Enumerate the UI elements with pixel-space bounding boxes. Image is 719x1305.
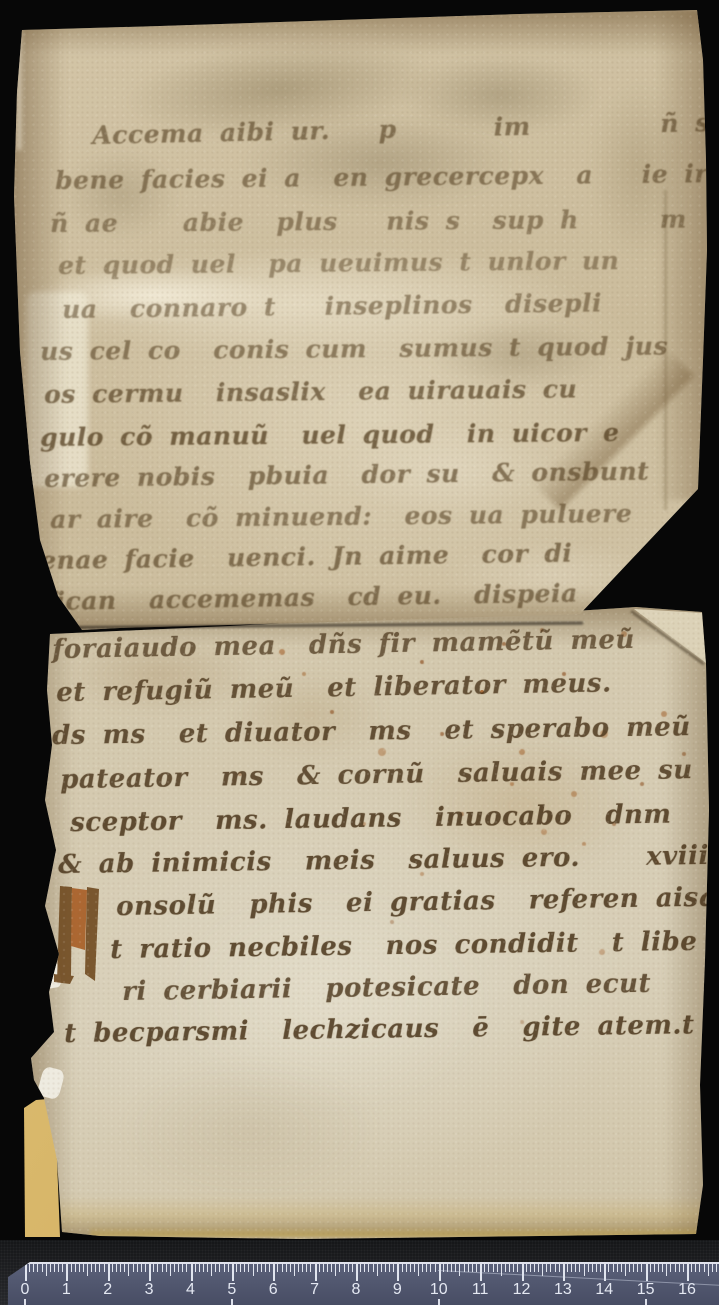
ruler-tick bbox=[352, 1264, 353, 1272]
ruler-bottom-tick bbox=[645, 1299, 647, 1305]
ruler-tick bbox=[699, 1264, 700, 1272]
manuscript-line: erere nobis pbuia dor su & onsbunt bbox=[44, 458, 649, 493]
ruler-tick bbox=[662, 1264, 663, 1272]
ruler-tick bbox=[29, 1264, 30, 1272]
ruler-tick bbox=[157, 1264, 158, 1272]
ruler-tick bbox=[228, 1264, 229, 1272]
initial-letter-N bbox=[54, 884, 106, 984]
ruler-tick bbox=[290, 1264, 291, 1272]
ruler-tick bbox=[286, 1264, 287, 1272]
stain bbox=[340, 420, 560, 520]
ruler-tick bbox=[418, 1264, 419, 1276]
crease-line bbox=[664, 190, 667, 510]
ruler-tick bbox=[215, 1264, 216, 1272]
ruler-tick bbox=[567, 1264, 568, 1272]
ruler-tick bbox=[112, 1264, 113, 1272]
abraded-patch bbox=[18, 250, 578, 355]
ruler-tick bbox=[124, 1264, 125, 1272]
repair-strip bbox=[26, 292, 88, 487]
ruler-tick bbox=[704, 1264, 705, 1272]
manuscript-line: os cermu insaslix ea uirauais cu bbox=[44, 375, 577, 408]
edge-highlight bbox=[16, 30, 22, 150]
ruler-tick bbox=[459, 1264, 460, 1276]
ruler-tick bbox=[162, 1264, 163, 1272]
ruler-tick bbox=[406, 1264, 407, 1272]
ruler-tick bbox=[310, 1264, 311, 1272]
edge-glow bbox=[90, 1226, 700, 1237]
edge-shading bbox=[664, 620, 712, 1240]
ruler-tick bbox=[439, 1264, 441, 1281]
ruler-tick bbox=[550, 1264, 551, 1272]
ruler-tick bbox=[592, 1264, 593, 1272]
ruler-tick bbox=[66, 1264, 68, 1281]
ruler-tick bbox=[232, 1264, 234, 1281]
ruler-tick bbox=[248, 1264, 249, 1272]
ruler-tick bbox=[195, 1264, 196, 1272]
ruler-tick bbox=[687, 1264, 689, 1281]
ruler-tick bbox=[563, 1264, 565, 1281]
ruler-tick bbox=[137, 1264, 138, 1272]
ruler-tick bbox=[224, 1264, 225, 1272]
ruler-tick bbox=[414, 1264, 415, 1272]
ruler-number: 10 bbox=[426, 1282, 452, 1298]
ruler-tick bbox=[377, 1264, 378, 1276]
ruler-tick bbox=[621, 1264, 622, 1272]
stain bbox=[240, 115, 520, 210]
ruler-tick bbox=[294, 1264, 295, 1276]
stain bbox=[440, 540, 660, 610]
ruler-tick bbox=[79, 1264, 80, 1272]
ruler-tick bbox=[617, 1264, 618, 1272]
ruler-tick bbox=[219, 1264, 220, 1272]
ruler-tick bbox=[410, 1264, 411, 1272]
ruler-tick bbox=[555, 1264, 556, 1272]
ruler-tick bbox=[426, 1264, 427, 1272]
ruler-tick bbox=[670, 1264, 671, 1272]
ruler-tick bbox=[695, 1264, 696, 1272]
stain bbox=[230, 670, 390, 760]
ruler-tick bbox=[493, 1264, 494, 1272]
ruler-number: 0 bbox=[12, 1282, 38, 1298]
manuscript-line: onsolũ phis ei gratias referen aisqd bbox=[116, 883, 719, 921]
ruler-tick bbox=[422, 1264, 423, 1272]
ruler-number: 12 bbox=[509, 1282, 535, 1298]
ruler-tick bbox=[691, 1264, 692, 1272]
ruler-tick bbox=[265, 1264, 266, 1272]
ruler-tick bbox=[83, 1264, 84, 1272]
ruler-tick bbox=[571, 1264, 572, 1272]
ruler-tick bbox=[389, 1264, 390, 1272]
ruler-tick bbox=[476, 1264, 477, 1272]
ruler-tick bbox=[331, 1264, 332, 1272]
ruler-tick bbox=[46, 1264, 47, 1276]
manuscript-line: pateator ms & cornũ saluais mee su bbox=[60, 756, 693, 795]
ruler-number: 8 bbox=[343, 1282, 369, 1298]
manuscript-line: us cel co conis cum sumus t quod jus bbox=[40, 333, 668, 366]
ruler-bottom-tick bbox=[24, 1299, 26, 1305]
manuscript-line: gulo cõ manuũ uel quod in uicor e bbox=[40, 419, 620, 452]
ruler: 012345678910111213141516 bbox=[8, 1262, 719, 1305]
ruler-tick bbox=[625, 1264, 626, 1276]
ruler-tick bbox=[716, 1264, 717, 1272]
ruler-tick bbox=[629, 1264, 630, 1272]
abraded-patch bbox=[30, 268, 280, 323]
ruler-tick bbox=[344, 1264, 345, 1272]
ruler-tick bbox=[360, 1264, 361, 1272]
ruler-tick bbox=[588, 1264, 589, 1272]
ruler-tick bbox=[273, 1264, 275, 1281]
stain bbox=[400, 55, 600, 135]
ruler-number: 5 bbox=[219, 1282, 245, 1298]
ruler-tick bbox=[257, 1264, 258, 1272]
ruler-tick bbox=[174, 1264, 175, 1272]
ruler-tick bbox=[402, 1264, 403, 1272]
ruler-tick bbox=[25, 1264, 27, 1281]
ruler-tick bbox=[542, 1264, 543, 1276]
ruler-number: 2 bbox=[95, 1282, 121, 1298]
ruler-tick bbox=[513, 1264, 514, 1272]
ruler-tick bbox=[364, 1264, 365, 1272]
ruler-tick bbox=[58, 1264, 59, 1272]
ruler-tick bbox=[104, 1264, 105, 1272]
ruler-tick bbox=[546, 1264, 547, 1272]
ruler-number: 13 bbox=[550, 1282, 576, 1298]
ruler-tick bbox=[658, 1264, 659, 1272]
ruler-tick bbox=[199, 1264, 200, 1272]
ruler-tick bbox=[600, 1264, 601, 1272]
manuscript-line: t ratio necbiles nos condidit t libe bbox=[110, 928, 697, 965]
ruler-tick bbox=[517, 1264, 518, 1272]
ruler-tick bbox=[298, 1264, 299, 1272]
manuscript-line: enae facie uenci. Jn aime cor di bbox=[40, 540, 573, 575]
ruler-tick bbox=[530, 1264, 531, 1272]
ruler-tick bbox=[319, 1264, 320, 1272]
ruler-number: 7 bbox=[302, 1282, 328, 1298]
manuscript-line: & ab inimicis meis saluus ero. xviii. bbox=[58, 842, 719, 880]
ruler-tick bbox=[236, 1264, 237, 1272]
ruler-tick bbox=[430, 1264, 431, 1272]
ruler-tick bbox=[71, 1264, 72, 1272]
ruler-number: 3 bbox=[136, 1282, 162, 1298]
ruler-tick bbox=[145, 1264, 146, 1272]
manuscript-line: et refugiũ meũ et liberator meus. bbox=[56, 669, 612, 707]
manuscript-line: foraiaudo mea dñs fir mamẽtũ meũ bbox=[52, 626, 635, 665]
ruler-number: 14 bbox=[591, 1282, 617, 1298]
ruler-tick bbox=[50, 1264, 51, 1272]
ruler-tick bbox=[488, 1264, 489, 1272]
manuscript-line: ar aire cõ minuend: eos ua puluere bbox=[50, 500, 632, 534]
ruler-tick bbox=[244, 1264, 245, 1272]
ruler-tick bbox=[149, 1264, 151, 1281]
ruler-tick bbox=[91, 1264, 92, 1272]
ruler-tick bbox=[166, 1264, 167, 1272]
ruler-tick bbox=[505, 1264, 506, 1272]
edge-shading bbox=[656, 10, 712, 500]
manuscript-line: sceptor ms. laudans inuocabo dnm bbox=[70, 801, 672, 838]
ruler-tick bbox=[666, 1264, 667, 1276]
ruler-tick bbox=[497, 1264, 498, 1272]
stain bbox=[590, 80, 690, 260]
ruler-tick bbox=[282, 1264, 283, 1272]
ruler-tick bbox=[368, 1264, 369, 1272]
ruler-tick bbox=[128, 1264, 129, 1276]
ruler-tick bbox=[315, 1264, 317, 1281]
ruler-tick bbox=[712, 1264, 713, 1272]
edge-shading bbox=[532, 347, 695, 510]
ruler-tick bbox=[186, 1264, 187, 1272]
ruler-tick bbox=[435, 1264, 436, 1272]
edge-shading bbox=[10, 25, 66, 637]
ruler-tick bbox=[559, 1264, 560, 1272]
stain bbox=[116, 28, 443, 151]
ruler-tick bbox=[484, 1264, 485, 1272]
manuscript-line: bene facies ei a en grecercepx a ie ir bbox=[55, 160, 708, 194]
ruler-tick bbox=[203, 1264, 204, 1272]
ruler-tick bbox=[95, 1264, 96, 1272]
ruler-tick bbox=[646, 1264, 648, 1281]
manuscript-line: ds ms et diuator ms et sperabo meũ bbox=[52, 713, 691, 751]
ruler-tick bbox=[306, 1264, 307, 1272]
ruler-tick bbox=[373, 1264, 374, 1272]
ruler-tick bbox=[633, 1264, 634, 1272]
ruler-tick bbox=[538, 1264, 539, 1272]
fold-crease bbox=[630, 610, 705, 665]
ruler-tick bbox=[87, 1264, 88, 1276]
edge-shading bbox=[10, 8, 715, 54]
ruler-tick bbox=[575, 1264, 576, 1272]
manuscript-photo: foraiaudo mea dñs fir mamẽtũ meũet refug… bbox=[0, 0, 719, 1305]
ruler-tick bbox=[178, 1264, 179, 1272]
ruler-tick bbox=[261, 1264, 262, 1272]
ruler-tick bbox=[509, 1264, 510, 1272]
manuscript-line: t becparsmi lechzicaus ē gite atem.t bbox=[64, 1011, 695, 1048]
edge-shading bbox=[55, 1196, 705, 1238]
ruler-tick bbox=[153, 1264, 154, 1272]
manuscript-line: fican accememas cd eu. dispeia a bbox=[44, 579, 627, 616]
ruler-tick bbox=[54, 1264, 55, 1272]
ruler-bottom-tick bbox=[231, 1299, 233, 1305]
ruler-tick bbox=[277, 1264, 278, 1272]
ruler-tick bbox=[211, 1264, 212, 1276]
ruler-tick bbox=[323, 1264, 324, 1272]
ruler-tick bbox=[42, 1264, 43, 1272]
edge-tear bbox=[42, 961, 62, 989]
edge-tear bbox=[36, 1066, 65, 1101]
ruler-number: 11 bbox=[467, 1282, 493, 1298]
ruler-tick bbox=[253, 1264, 254, 1276]
ruler-tick bbox=[385, 1264, 386, 1272]
ruler-tick bbox=[608, 1264, 609, 1272]
ruler-tick bbox=[37, 1264, 38, 1272]
stain bbox=[60, 150, 180, 240]
ruler-tick bbox=[62, 1264, 63, 1272]
ruler-tick bbox=[207, 1264, 208, 1272]
ruler-tick bbox=[99, 1264, 100, 1272]
ruler-number: 4 bbox=[178, 1282, 204, 1298]
ruler-tick bbox=[348, 1264, 349, 1272]
ruler-tick bbox=[269, 1264, 270, 1272]
ruler-tick bbox=[327, 1264, 328, 1272]
ruler-tick bbox=[579, 1264, 580, 1272]
ruler-tick bbox=[339, 1264, 340, 1272]
ruler-tick bbox=[679, 1264, 680, 1272]
ruler-tick bbox=[335, 1264, 336, 1276]
ruler-tick bbox=[116, 1264, 117, 1272]
ruler-number: 6 bbox=[260, 1282, 286, 1298]
ruler-tick bbox=[613, 1264, 614, 1272]
stain bbox=[430, 320, 610, 390]
ruler-tick bbox=[356, 1264, 358, 1281]
ruler-tick bbox=[637, 1264, 638, 1272]
manuscript-line: Accema aibi ur. p im ñ se bbox=[92, 109, 719, 150]
ruler-tick bbox=[397, 1264, 399, 1281]
stain bbox=[170, 890, 490, 1110]
ruler-tick bbox=[141, 1264, 142, 1272]
ruler-tick bbox=[675, 1264, 676, 1272]
ruler-tick bbox=[182, 1264, 183, 1272]
ruler-tick bbox=[650, 1264, 651, 1272]
ruler-tick bbox=[584, 1264, 585, 1276]
ruler-tick bbox=[33, 1264, 34, 1272]
ruler-tick bbox=[240, 1264, 241, 1272]
ruler-tick bbox=[708, 1264, 709, 1276]
ruler-tick bbox=[75, 1264, 76, 1272]
ruler-tick bbox=[120, 1264, 121, 1272]
ruler-tick bbox=[683, 1264, 684, 1272]
ruler-number: 15 bbox=[633, 1282, 659, 1298]
ruler-tick bbox=[654, 1264, 655, 1272]
ruler-bottom-tick bbox=[438, 1299, 440, 1305]
ruler-tick bbox=[393, 1264, 394, 1272]
ruler-tick bbox=[170, 1264, 171, 1276]
manuscript-line: et quod uel pa ueuimus t unlor un bbox=[58, 247, 619, 279]
ruler-number: 9 bbox=[384, 1282, 410, 1298]
ruler-tick bbox=[302, 1264, 303, 1272]
ruler-tick bbox=[534, 1264, 535, 1272]
ruler-tick bbox=[641, 1264, 642, 1272]
stain bbox=[400, 730, 640, 880]
stain bbox=[120, 1060, 380, 1200]
ruler-tick bbox=[381, 1264, 382, 1272]
ruler-tick bbox=[522, 1264, 524, 1281]
ruler-tick bbox=[133, 1264, 134, 1272]
ruler-number: 1 bbox=[53, 1282, 79, 1298]
ruler-tick bbox=[526, 1264, 527, 1272]
manuscript-line: ri cerbiarii potesicate don ecut bbox=[122, 970, 651, 1007]
ruler-tick bbox=[191, 1264, 193, 1281]
ruler-tick bbox=[108, 1264, 110, 1281]
rust-spots bbox=[480, 690, 484, 694]
manuscript-line: ñ ae abie plus nis s sup h m bbox=[50, 206, 687, 238]
manuscript-line: ua connaro t inseplinos disepli bbox=[62, 289, 602, 323]
stain bbox=[60, 635, 260, 715]
ruler-tick bbox=[596, 1264, 597, 1272]
